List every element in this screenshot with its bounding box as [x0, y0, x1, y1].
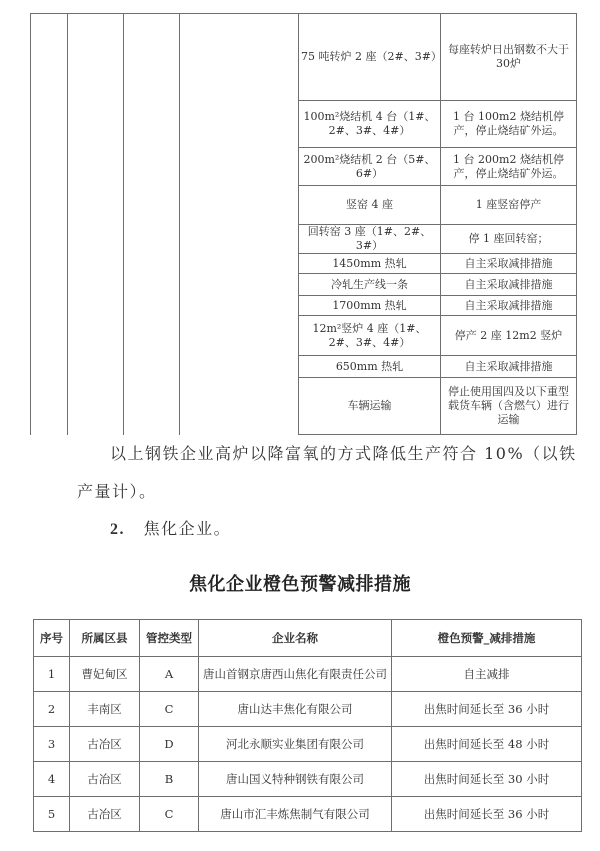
- seq-cell: 2: [34, 692, 70, 727]
- seq-cell: 5: [34, 797, 70, 832]
- table-row: 4 古冶区 B 唐山国义特种钢铁有限公司 出焦时间延长至 30 小时: [34, 762, 582, 797]
- district-cell: 古冶区: [70, 797, 140, 832]
- table-row: 75 吨转炉 2 座（2#、3#） 每座转炉日出钢数不大于30炉: [31, 14, 577, 101]
- district-cell: 古冶区: [70, 727, 140, 762]
- measure-cell: 自主采取减排措施: [441, 296, 577, 316]
- measure-cell: 1 座竖窑停产: [441, 186, 577, 225]
- merged-cell-col4: [180, 14, 299, 435]
- company-cell: 唐山达丰焦化有限公司: [199, 692, 392, 727]
- measure-cell: 自主采取减排措施: [441, 254, 577, 274]
- control-type-cell: C: [140, 797, 199, 832]
- section-title: 焦化企业。: [144, 519, 232, 538]
- facility-cell: 回转窑 3 座（1#、2#、3#）: [299, 225, 441, 254]
- facility-cell: 12m²竖炉 4 座（1#、2#、3#、4#）: [299, 316, 441, 356]
- measure-cell: 出焦时间延长至 48 小时: [392, 727, 582, 762]
- company-cell: 唐山市汇丰炼焦制气有限公司: [199, 797, 392, 832]
- seq-cell: 1: [34, 657, 70, 692]
- company-cell: 唐山国义特种钢铁有限公司: [199, 762, 392, 797]
- seq-cell: 3: [34, 727, 70, 762]
- header-district: 所属区县: [70, 620, 140, 657]
- control-type-cell: D: [140, 727, 199, 762]
- facility-cell: 650mm 热轧: [299, 356, 441, 378]
- control-type-cell: A: [140, 657, 199, 692]
- header-measure: 橙色预警_减排措施: [392, 620, 582, 657]
- measure-cell: 停产 2 座 12m2 竖炉: [441, 316, 577, 356]
- company-cell: 唐山首钢京唐西山焦化有限责任公司: [199, 657, 392, 692]
- district-cell: 古冶区: [70, 762, 140, 797]
- measure-cell: 出焦时间延长至 30 小时: [392, 762, 582, 797]
- facility-cell: 100m²烧结机 4 台（1#、2#、3#、4#）: [299, 101, 441, 148]
- measure-cell: 停 1 座回转窑；: [441, 225, 577, 254]
- company-cell: 河北永顺实业集团有限公司: [199, 727, 392, 762]
- merged-cell-col3: [124, 14, 180, 435]
- seq-cell: 4: [34, 762, 70, 797]
- merged-cell-col1: [31, 14, 68, 435]
- measure-cell: 自主减排: [392, 657, 582, 692]
- facility-cell: 1450mm 热轧: [299, 254, 441, 274]
- measure-cell: 停止使用国四及以下重型载货车辆（含燃气）进行运输: [441, 378, 577, 435]
- facility-cell: 冷轧生产线一条: [299, 274, 441, 296]
- paragraph-line-1: 以上钢铁企业高炉以降富氧的方式降低生产符合 10%（以铁: [110, 441, 577, 464]
- control-type-cell: C: [140, 692, 199, 727]
- control-type-cell: B: [140, 762, 199, 797]
- steel-measures-table: 75 吨转炉 2 座（2#、3#） 每座转炉日出钢数不大于30炉 100m²烧结…: [30, 13, 577, 435]
- table-row: 5 古冶区 C 唐山市汇丰炼焦制气有限公司 出焦时间延长至 36 小时: [34, 797, 582, 832]
- measure-cell: 1 台 100m2 烧结机停产，停止烧结矿外运。: [441, 101, 577, 148]
- table-row: 3 古冶区 D 河北永顺实业集团有限公司 出焦时间延长至 48 小时: [34, 727, 582, 762]
- measure-cell: 1 台 200m2 烧结机停产，停止烧结矿外运。: [441, 148, 577, 186]
- facility-cell: 车辆运输: [299, 378, 441, 435]
- coke-measures-table: 序号 所属区县 管控类型 企业名称 橙色预警_减排措施 1 曹妃甸区 A 唐山首…: [33, 619, 582, 832]
- header-seq: 序号: [34, 620, 70, 657]
- coke-table-title: 焦化企业橙色预警减排措施: [0, 570, 600, 596]
- facility-cell: 1700mm 热轧: [299, 296, 441, 316]
- measure-cell: 自主采取减排措施: [441, 274, 577, 296]
- paragraph-line-2: 产量计）。: [77, 479, 157, 502]
- measure-cell: 自主采取减排措施: [441, 356, 577, 378]
- facility-cell: 200m²烧结机 2 台（5#、6#）: [299, 148, 441, 186]
- measure-cell: 出焦时间延长至 36 小时: [392, 797, 582, 832]
- table-header-row: 序号 所属区县 管控类型 企业名称 橙色预警_减排措施: [34, 620, 582, 657]
- section-heading: 2. 焦化企业。: [110, 516, 231, 539]
- header-company: 企业名称: [199, 620, 392, 657]
- measure-cell: 出焦时间延长至 36 小时: [392, 692, 582, 727]
- table-row: 2 丰南区 C 唐山达丰焦化有限公司 出焦时间延长至 36 小时: [34, 692, 582, 727]
- section-number: 2.: [110, 521, 125, 538]
- merged-cell-col2: [68, 14, 124, 435]
- table-row: 1 曹妃甸区 A 唐山首钢京唐西山焦化有限责任公司 自主减排: [34, 657, 582, 692]
- measure-cell: 每座转炉日出钢数不大于30炉: [441, 14, 577, 101]
- header-control-type: 管控类型: [140, 620, 199, 657]
- facility-cell: 竖窑 4 座: [299, 186, 441, 225]
- district-cell: 丰南区: [70, 692, 140, 727]
- district-cell: 曹妃甸区: [70, 657, 140, 692]
- facility-cell: 75 吨转炉 2 座（2#、3#）: [299, 14, 441, 101]
